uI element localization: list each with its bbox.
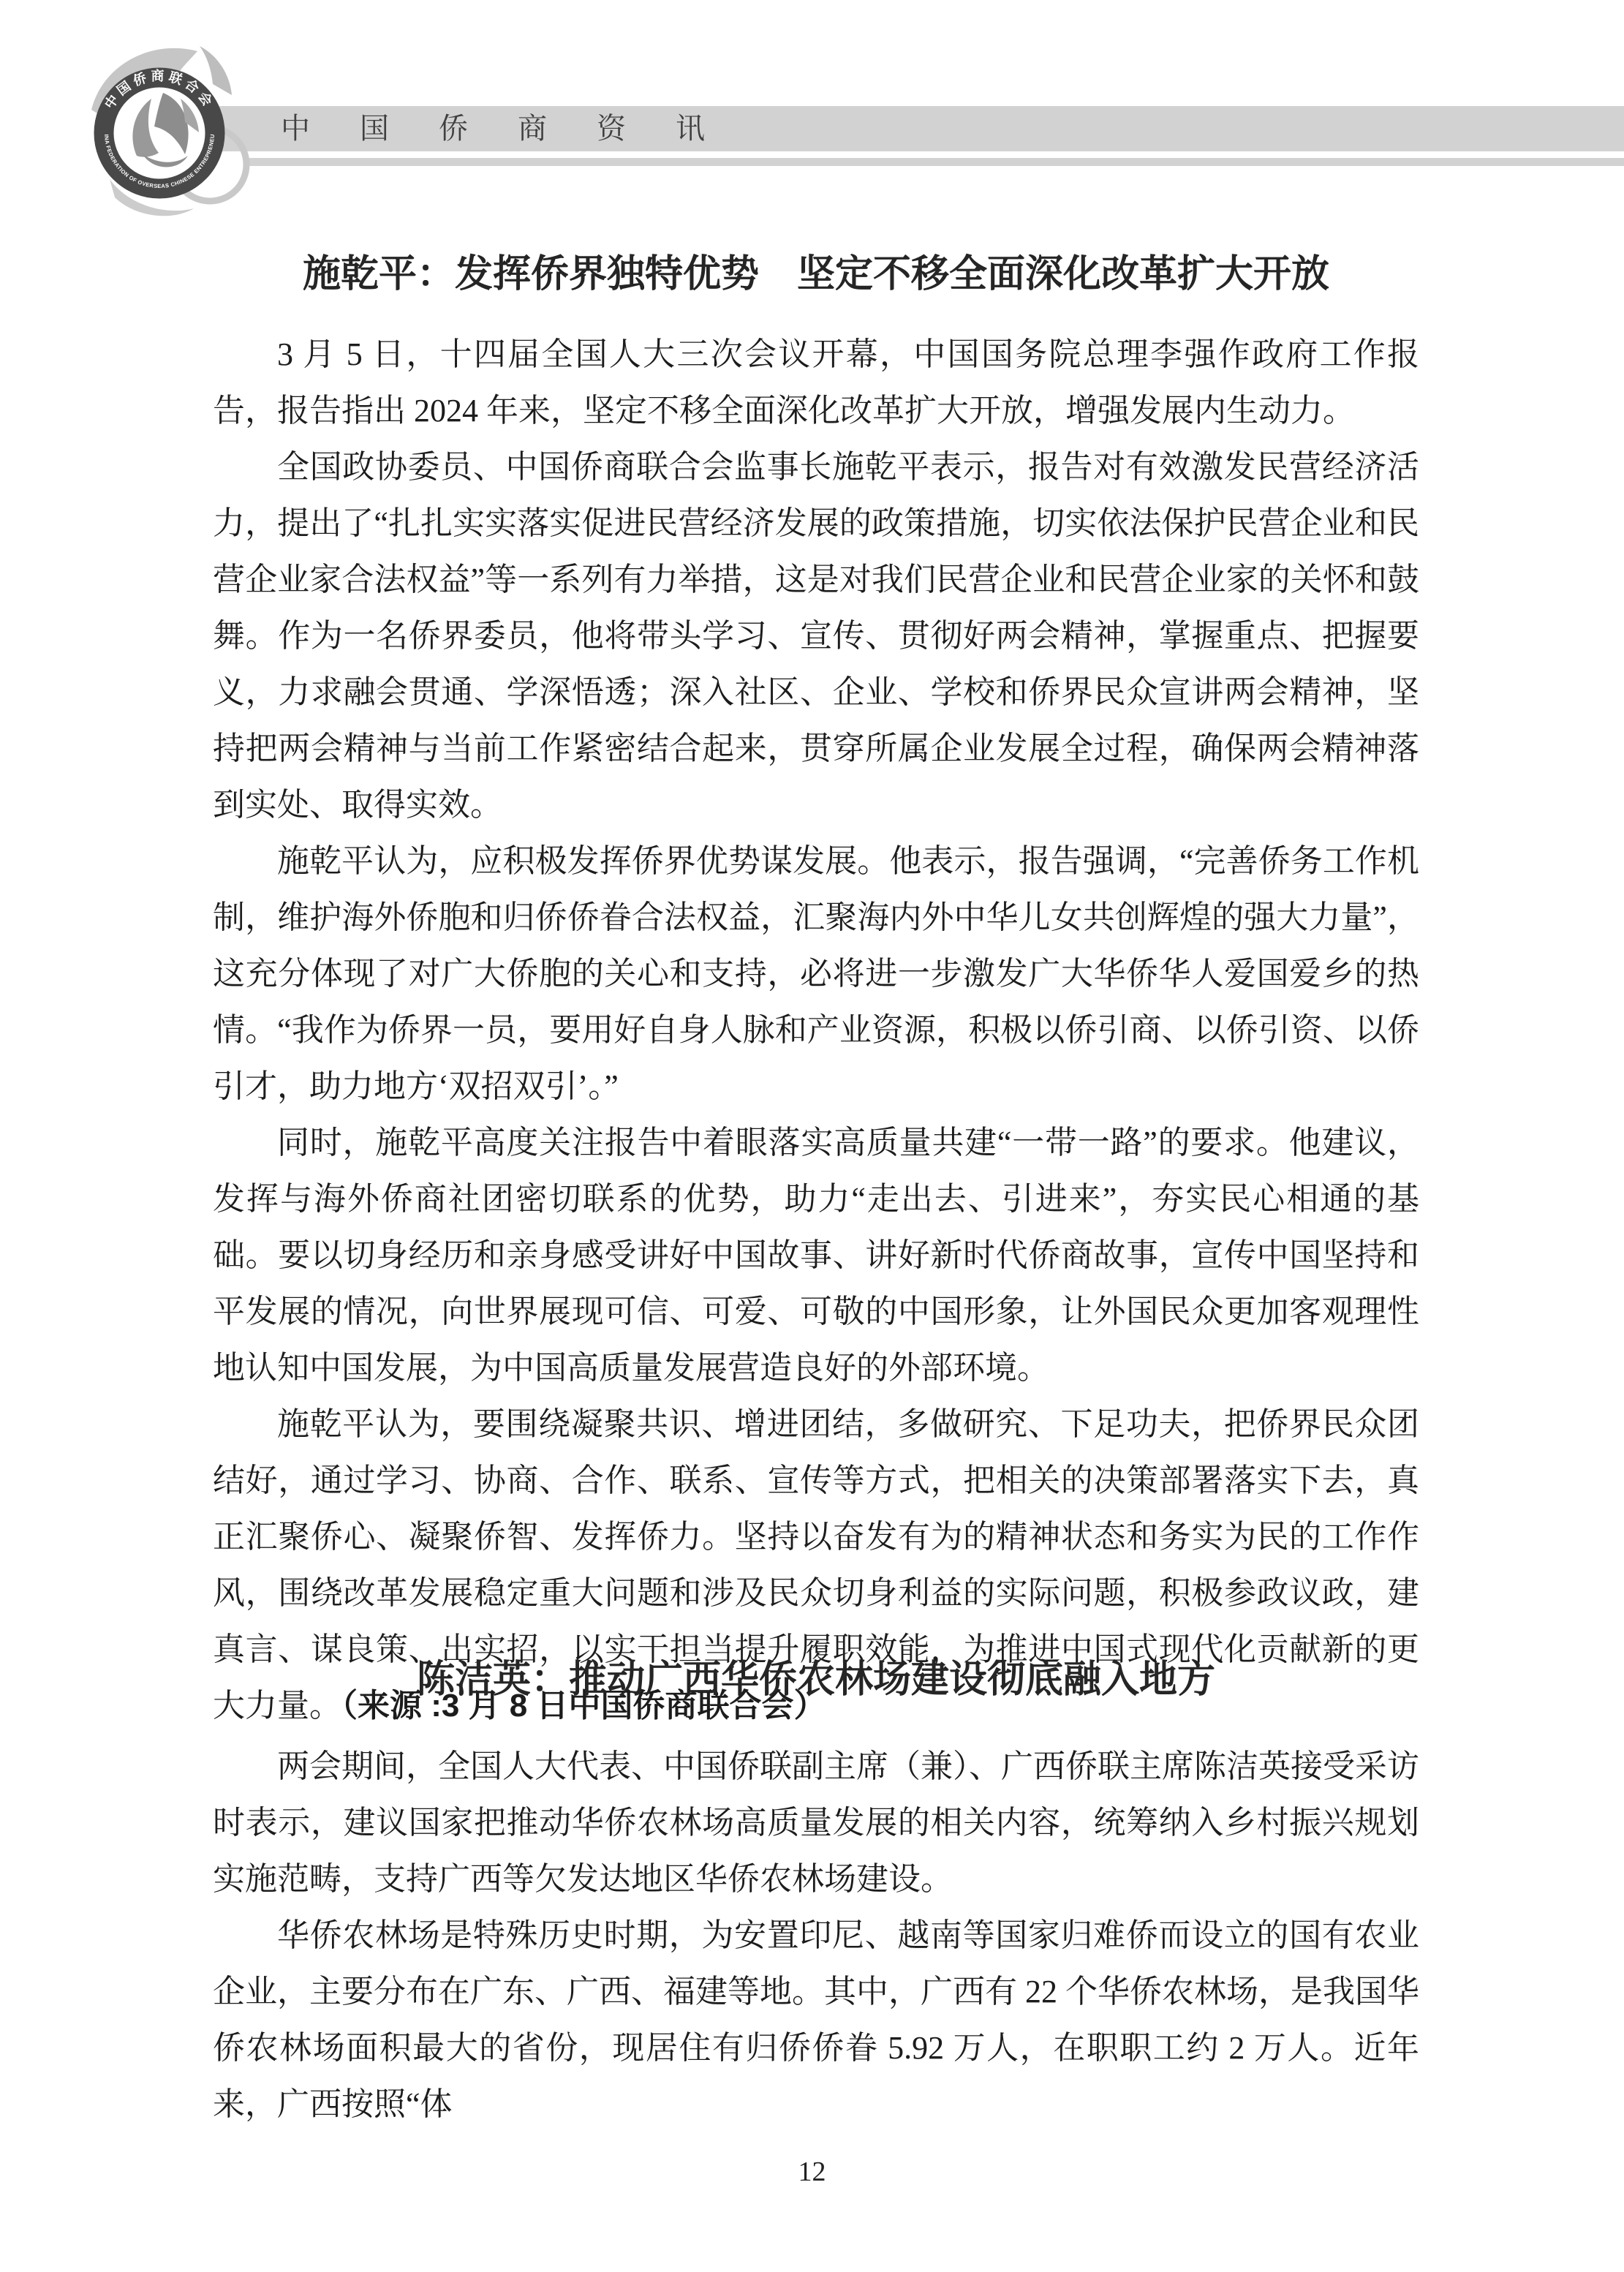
paragraph-text: 同时，施乾平高度关注报告中着眼落实高质量共建“一带一路”的要求。他建议，发挥与海…	[213, 1125, 1419, 1386]
paragraph: 施乾平认为，应积极发挥侨界优势谋发展。他表示，报告强调，“完善侨务工作机制，维护…	[213, 833, 1419, 1114]
paragraph: 全国政协委员、中国侨商联合会监事长施乾平表示，报告对有效激发民营经济活力，提出了…	[213, 439, 1419, 833]
paragraph: 3 月 5 日，十四届全国人大三次会议开幕，中国国务院总理李强作政府工作报告，报…	[213, 326, 1419, 439]
document-page: 中国侨商资讯 中国侨商联合会 CHINA FEDERATION OF OVERS…	[0, 0, 1624, 2272]
page-number: 12	[0, 2156, 1624, 2188]
article-1-title: 施乾平：发挥侨界独特优势 坚定不移全面深化改革扩大开放	[213, 249, 1419, 300]
banner-title: 中国侨商资讯	[281, 106, 755, 151]
paragraph-text: 3 月 5 日，十四届全国人大三次会议开幕，中国国务院总理李强作政府工作报告，报…	[213, 336, 1419, 429]
organization-seal-icon: 中国侨商联合会 CHINA FEDERATION OF OVERSEAS CHI…	[69, 26, 282, 238]
paragraph: 华侨农林场是特殊历史时期，为安置印尼、越南等国家归难侨而设立的国有农业企业，主要…	[213, 1907, 1419, 2132]
paragraph-text: 全国政协委员、中国侨商联合会监事长施乾平表示，报告对有效激发民营经济活力，提出了…	[213, 449, 1419, 823]
article-1-body: 3 月 5 日，十四届全国人大三次会议开幕，中国国务院总理李强作政府工作报告，报…	[213, 326, 1419, 1734]
article-2-body: 两会期间，全国人大代表、中国侨联副主席（兼）、广西侨联主席陈洁英接受采访时表示，…	[213, 1738, 1419, 2132]
paragraph-text: 施乾平认为，应积极发挥侨界优势谋发展。他表示，报告强调，“完善侨务工作机制，维护…	[213, 843, 1419, 1104]
paragraph: 同时，施乾平高度关注报告中着眼落实高质量共建“一带一路”的要求。他建议，发挥与海…	[213, 1114, 1419, 1396]
article-2-title: 陈洁英：推动广西华侨农林场建设彻底融入地方	[213, 1654, 1419, 1705]
header-strip	[249, 158, 1624, 166]
paragraph: 两会期间，全国人大代表、中国侨联副主席（兼）、广西侨联主席陈洁英接受采访时表示，…	[213, 1738, 1419, 1907]
paragraph-text: 华侨农林场是特殊历史时期，为安置印尼、越南等国家归难侨而设立的国有农业企业，主要…	[213, 1917, 1419, 2122]
paragraph-text: 两会期间，全国人大代表、中国侨联副主席（兼）、广西侨联主席陈洁英接受采访时表示，…	[213, 1748, 1419, 1897]
header-banner: 中国侨商资讯	[219, 106, 1624, 151]
